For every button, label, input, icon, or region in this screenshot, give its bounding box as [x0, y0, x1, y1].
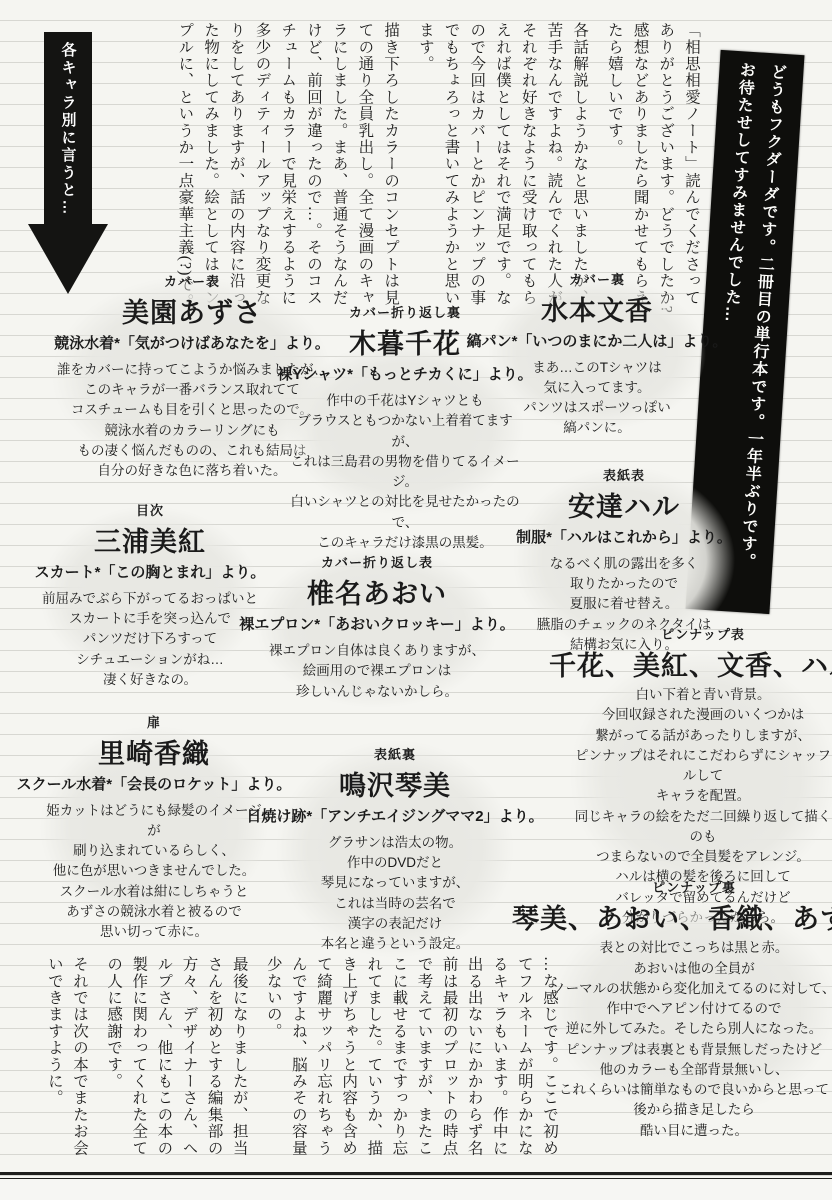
bubble-tag: 目次: [136, 500, 164, 519]
bubble-tag: カバー折り返し裏: [349, 302, 461, 321]
bubble-body: まあ…このTシャツは 気に入ってます。 パンツはスポーツっぽい 縞パンに。: [523, 358, 671, 439]
character-name: 里崎香織: [98, 732, 210, 771]
bubble-caption: 裸エプロン*「あおいクロッキー」より。: [239, 613, 515, 634]
bubble-body: 前屈みでぶら下がってるおっぱいと スカートに手を突っ込んで パンツだけ下ろすって…: [42, 589, 258, 690]
down-arrow-head: [28, 224, 108, 294]
bottom-margin: [0, 1180, 832, 1200]
bubble-tag: 表紙表: [603, 465, 645, 484]
intro-paragraph-2: 各話解説しようかなと思いましたが、苦手なんですよね。読んでくれた人がそれぞれ好き…: [412, 22, 592, 320]
bubble-body: 作中の千花はYシャツとも ブラウスともつかない上着着てますが、 これは三島君の男…: [286, 391, 524, 553]
arrow-label: 各キャラ別に言うと…: [61, 32, 76, 224]
bottom-divider: [0, 1172, 832, 1179]
character-names: 琴美、あおい、香織、あずさ: [512, 897, 832, 936]
character-name: 水本文香: [541, 289, 653, 328]
character-name: 椎名あおい: [307, 572, 447, 611]
bubble-tag: カバー表: [164, 271, 220, 290]
character-name: 三浦美紅: [94, 520, 206, 559]
bubble-caption: 縞パン*「いつのまにか二人は」より。: [467, 330, 728, 351]
bubble-tag: カバー裏: [569, 269, 625, 288]
bubble-body: 姫カットはどうにも緑髪のイメージが 刷り込まれているらしく、 他に色が思いつきま…: [40, 801, 268, 943]
character-name: 鳴沢琴美: [339, 764, 451, 803]
bubble-pinup-front: ピンナップ表 千花、美紅、文香、ハル 白い下着と青い背景。 今回収録された漫画の…: [570, 650, 832, 902]
bubble-pinup-back: ピンナップ裏 琴美、あおい、香織、あずさ 表との対比でこっちは黒と赤。 あおいは…: [550, 900, 832, 1118]
bubble-tag: 扉: [147, 712, 161, 731]
bubble-caption: 日焼け跡*「アンチエイジングママ2」より。: [246, 805, 543, 826]
bubble-tobira: 扉 里崎香織 スクール水着*「会長のロケット」より。 姫カットはどうにも緑髪のイ…: [40, 726, 268, 928]
outro-text-block: …な感じです。ここで初めてフルネームが明らかになるキャラもいます。作中に出る出な…: [28, 956, 562, 1158]
bubble-tag: 表紙裏: [374, 744, 416, 763]
down-arrow-shaft: 各キャラ別に言うと…: [44, 32, 92, 224]
bubble-tag: ピンナップ表: [661, 624, 745, 643]
bubble-body: グラサンは浩太の物。 作中のDVDだと 琴見になっていますが、 これは当時の芸名…: [321, 833, 470, 955]
character-name: 美園あずさ: [122, 291, 262, 330]
bubble-cover-flap-front: カバー折り返し表 椎名あおい 裸エプロン*「あおいクロッキー」より。 裸エプロン…: [256, 546, 498, 708]
afterword-page: 「相思相愛ノート」読んでくださってありがとうございます。どうでしたか?感想などあ…: [0, 0, 832, 1200]
outro-paragraph-3: それでは次の本でまたお会いできますように。: [42, 956, 92, 1158]
bubble-caption: 制服*「ハルはこれから」より。: [516, 526, 732, 547]
character-names: 千花、美紅、文香、ハル: [549, 644, 832, 683]
bubble-toc: 目次 三浦美紅 スカート*「この胸とまれ」より。 前屈みでぶら下がってるおっぱい…: [40, 506, 260, 684]
bubble-caption: 裸Yシャツ*「もっとチカくに」より。: [277, 363, 532, 384]
outro-paragraph-1: …な感じです。ここで初めてフルネームが明らかになるキャラもいます。作中に出る出な…: [261, 956, 562, 1158]
bubble-cover-flap-back: カバー折り返し裏 木暮千花 裸Yシャツ*「もっとチカくに」より。 作中の千花はY…: [286, 340, 524, 515]
character-name: 木暮千花: [349, 322, 461, 361]
character-name: 安達ハル: [568, 485, 680, 524]
outro-paragraph-2: 最後になりましたが、担当さんを初めとする編集部の方々、デザイナーさん、ヘルプさん…: [101, 956, 252, 1158]
bubble-body: 表との対比でこっちは黒と赤。 あおいは他の全員が ノーマルの状態から変化加えてる…: [553, 938, 832, 1141]
bubble-caption: スクール水着*「会長のロケット」より。: [17, 773, 292, 794]
down-arrow: 各キャラ別に言うと…: [28, 32, 108, 294]
bubble-caption: 競泳水着*「気がつけばあなたを」より。: [54, 332, 330, 353]
bubble-body: 裸エプロン自体は良くありますが、 絵画用ので裸エプロンは 珍しいんじゃないかしら…: [269, 641, 485, 702]
bubble-tag: ピンナップ裏: [652, 877, 736, 896]
bubble-title-back: 表紙裏 鳴沢琴美 日焼け跡*「アンチエイジングママ2」より。 グラサンは浩太の物…: [276, 740, 514, 958]
bubble-tag: カバー折り返し表: [321, 552, 433, 571]
bubble-caption: スカート*「この胸とまれ」より。: [35, 561, 266, 582]
